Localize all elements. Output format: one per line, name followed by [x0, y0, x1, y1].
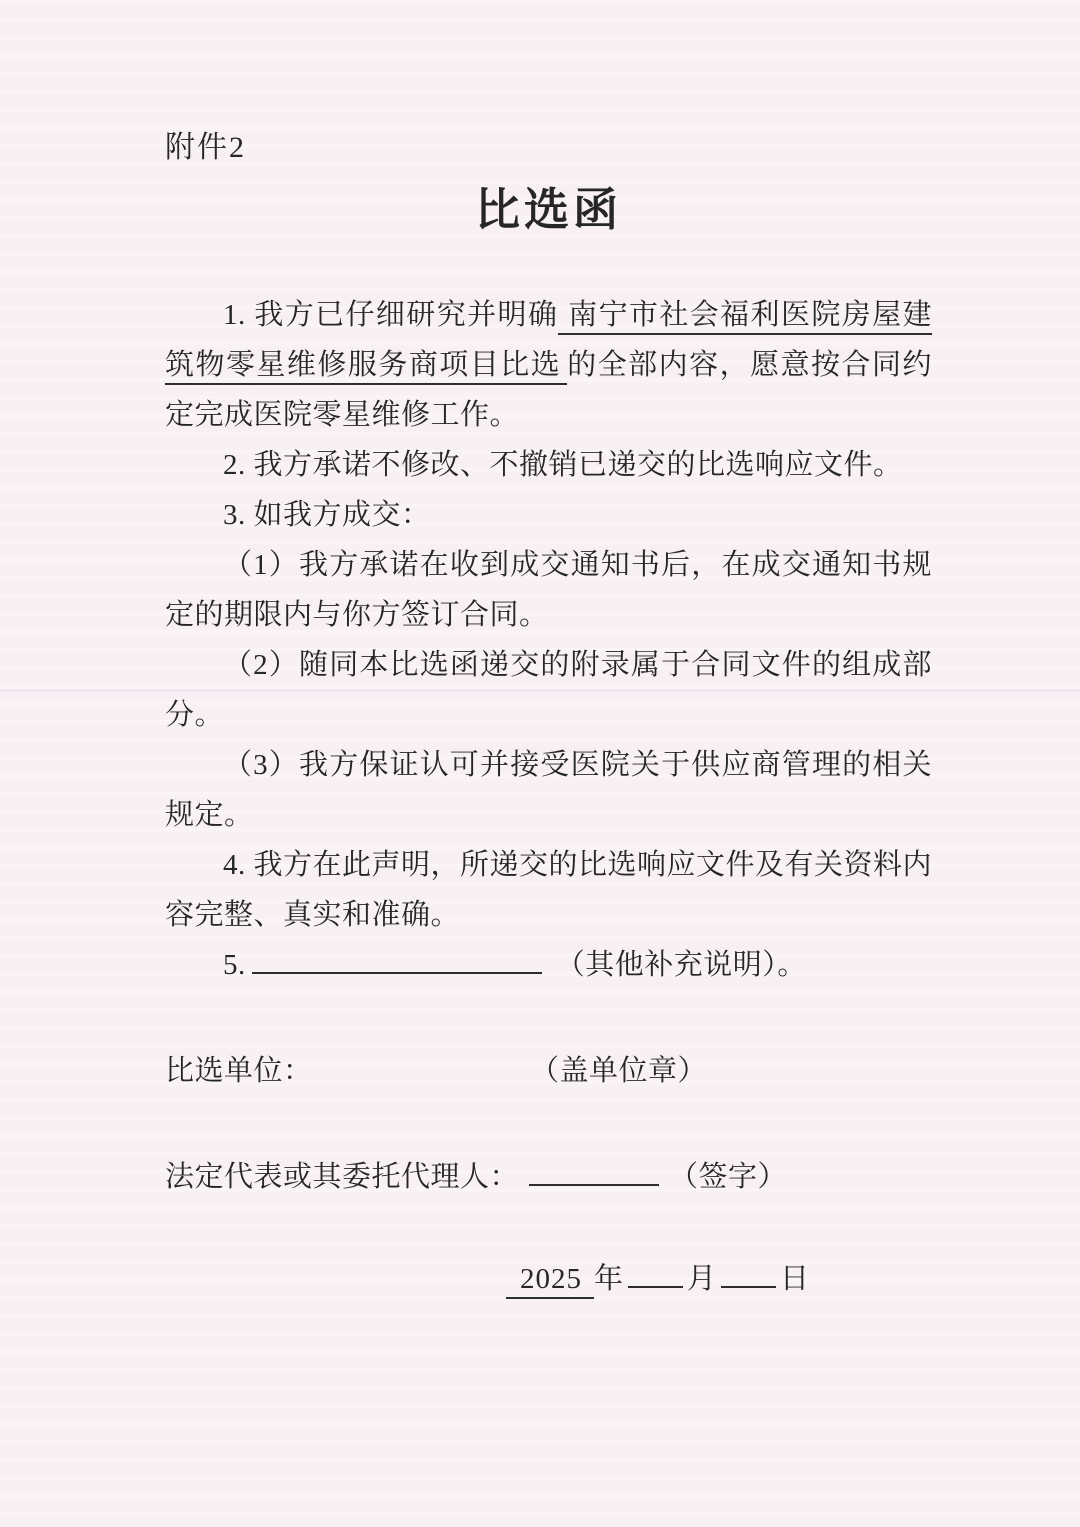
scanned-document-page: 附件2 比选函 1. 我方已仔细研究并明确南宁市社会福利医院房屋建筑物零星维修服…: [0, 0, 1080, 1527]
date-month-suffix: 月: [687, 1263, 717, 1295]
signature-unit-line: 比选单位：（盖单位章）: [165, 1046, 932, 1096]
bidder-unit-label: 比选单位：: [165, 1055, 313, 1087]
clause-3-subitem-1: （1）我方承诺在收到成交通知书后，在成交通知书规定的期限内与你方签订合同。: [165, 540, 932, 640]
clause-4: 4. 我方在此声明，所递交的比选响应文件及有关资料内容完整、真实和准确。: [165, 840, 932, 940]
clause-5-blank-line: [252, 943, 542, 974]
date-year-value: 2025: [506, 1263, 594, 1299]
clause-1: 1. 我方已仔细研究并明确南宁市社会福利医院房屋建筑物零星维修服务商项目比选的全…: [165, 290, 932, 440]
date-month-blank: [628, 1257, 683, 1288]
document-title: 比选函: [165, 182, 932, 238]
company-seal-note: （盖单位章）: [545, 1055, 708, 1087]
date-day-suffix: 日: [780, 1263, 810, 1295]
signature-representative-line: 法定代表或其委托代理人：（签字）: [165, 1152, 932, 1202]
date-day-blank: [721, 1257, 776, 1288]
date-year-suffix: 年: [594, 1263, 624, 1295]
date-line: 2025年月日: [165, 1254, 932, 1304]
attachment-label: 附件2: [165, 128, 932, 168]
document-body: 1. 我方已仔细研究并明确南宁市社会福利医院房屋建筑物零星维修服务商项目比选的全…: [165, 290, 932, 990]
clause-5-note: （其他补充说明）。: [556, 949, 807, 981]
clause-2: 2. 我方承诺不修改、不撤销已递交的比选响应文件。: [165, 440, 932, 490]
clause-5: 5.（其他补充说明）。: [165, 940, 932, 990]
clause-5-number: 5.: [223, 949, 246, 981]
legal-representative-label: 法定代表或其委托代理人：: [165, 1161, 519, 1193]
clause-3: 3. 如我方成交：: [165, 490, 932, 540]
clause-1-prefix: 1. 我方已仔细研究并明确: [223, 299, 558, 331]
clause-3-subitem-2: （2）随同本比选函递交的附录属于合同文件的组成部分。: [165, 640, 932, 740]
signature-blank-line: [529, 1155, 659, 1186]
clause-3-subitem-3: （3）我方保证认可并接受医院关于供应商管理的相关规定。: [165, 740, 932, 840]
sign-note: （签字）: [669, 1161, 787, 1193]
